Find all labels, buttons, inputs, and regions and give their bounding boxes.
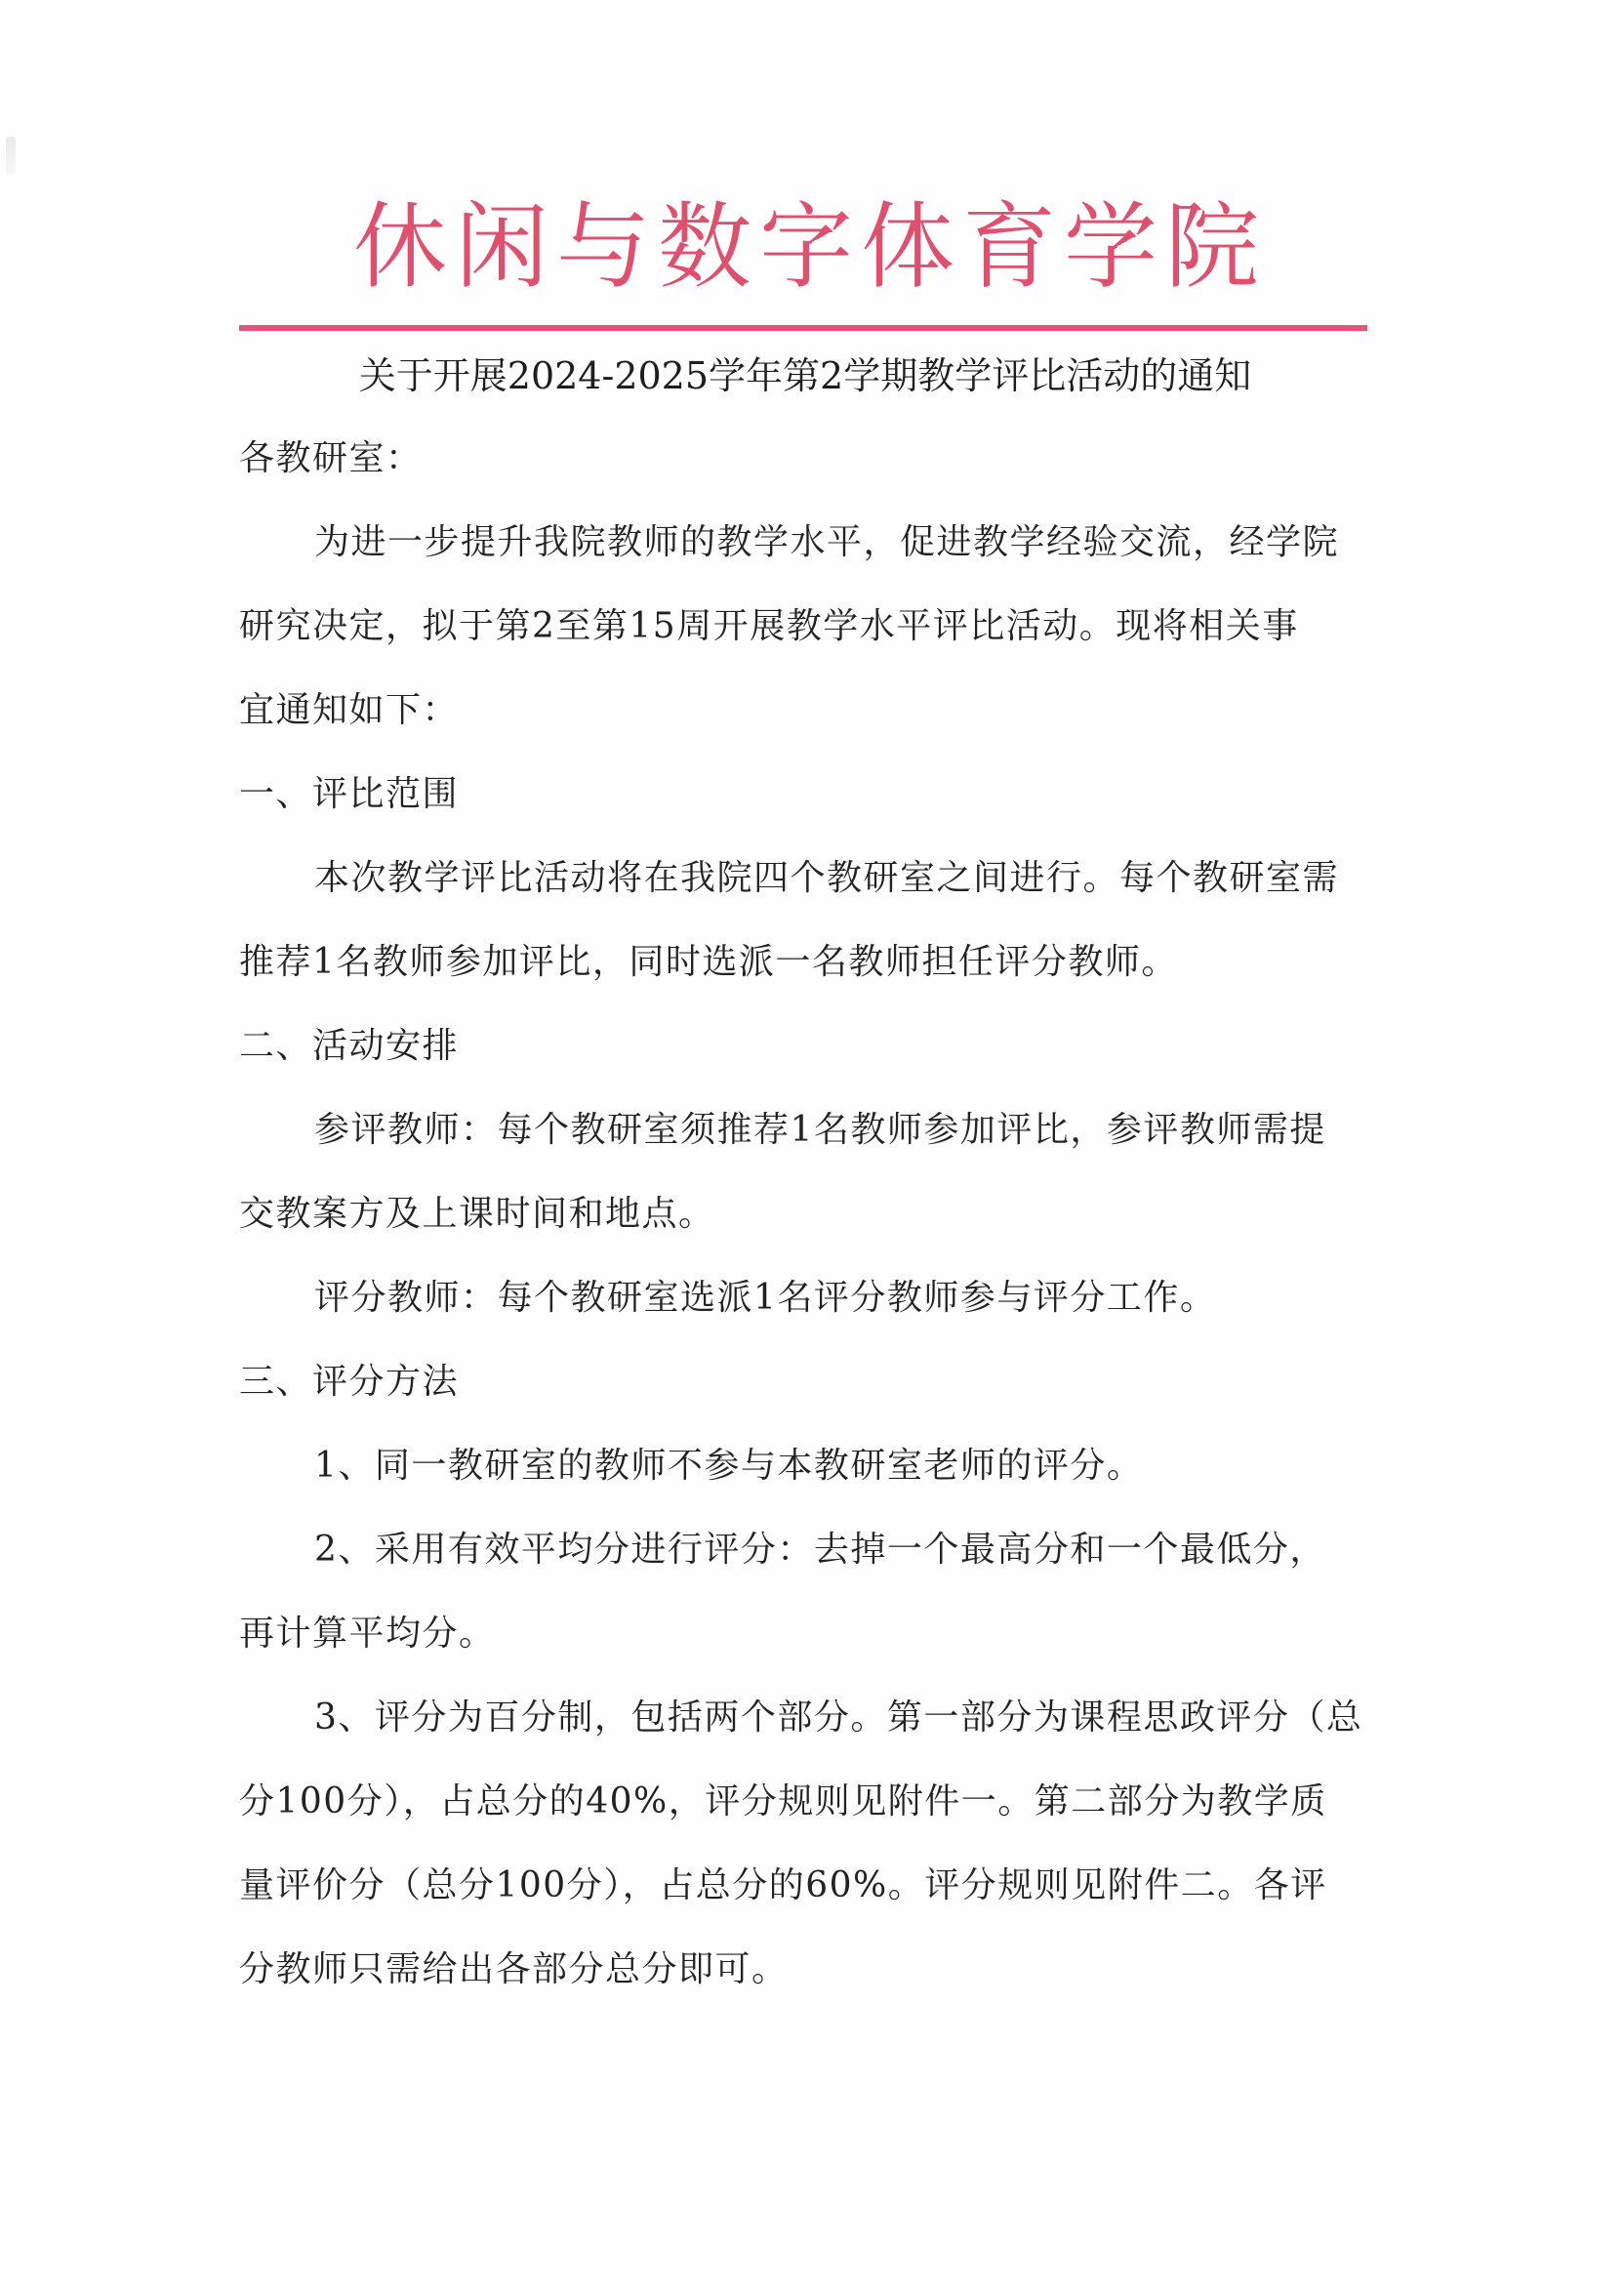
- letterhead-org-name: 休闲与数字体育学院: [322, 200, 1298, 294]
- section-2-heading: 二、活动安排: [239, 1022, 459, 1071]
- section-3-line-4: 3、评分为百分制，包括两个部分。第一部分为课程思政评分（总: [314, 1694, 1362, 1742]
- intro-line-1: 为进一步提升我院教师的教学水平，促进教学经验交流，经学院: [314, 518, 1339, 567]
- section-3-heading: 三、评分方法: [239, 1358, 459, 1407]
- section-1-line-2: 推荐1名教师参加评比，同时选派一名教师担任评分教师。: [239, 938, 1178, 987]
- intro-line-2: 研究决定，拟于第2至第15周开展教学水平评比活动。现将相关事: [239, 602, 1299, 651]
- letterhead-red-rule: [239, 325, 1367, 331]
- section-3-line-5: 分100分），占总分的40%，评分规则见附件一。第二部分为教学质: [239, 1778, 1327, 1826]
- intro-line-3: 宜通知如下：: [239, 686, 459, 735]
- document-title: 关于开展2024-2025学年第2学期教学评比活动的通知: [239, 351, 1371, 400]
- section-3-line-1: 1、同一教研室的教师不参与本教研室老师的评分。: [314, 1442, 1143, 1491]
- section-2-line-1: 参评教师：每个教研室须推荐1名教师参加评比，参评教师需提: [314, 1106, 1326, 1155]
- document-page: 休闲与数字体育学院 关于开展2024-2025学年第2学期教学评比活动的通知 各…: [0, 0, 1624, 2291]
- section-3-line-3: 再计算平均分。: [239, 1610, 496, 1658]
- section-2-line-3: 评分教师：每个教研室选派1名评分教师参与评分工作。: [314, 1274, 1216, 1323]
- scan-artifact: [6, 137, 16, 176]
- section-2-line-2: 交教案方及上课时间和地点。: [239, 1190, 715, 1239]
- section-3-line-2: 2、采用有效平均分进行评分：去掉一个最高分和一个最低分，: [314, 1526, 1326, 1575]
- section-1-heading: 一、评比范围: [239, 770, 459, 819]
- section-3-line-6: 量评价分（总分100分），占总分的60%。评分规则见附件二。各评: [239, 1861, 1327, 1910]
- section-1-line-1: 本次教学评比活动将在我院四个教研室之间进行。每个教研室需: [314, 854, 1339, 903]
- salutation: 各教研室：: [239, 434, 423, 483]
- section-3-line-7: 分教师只需给出各部分总分即可。: [239, 1945, 789, 1994]
